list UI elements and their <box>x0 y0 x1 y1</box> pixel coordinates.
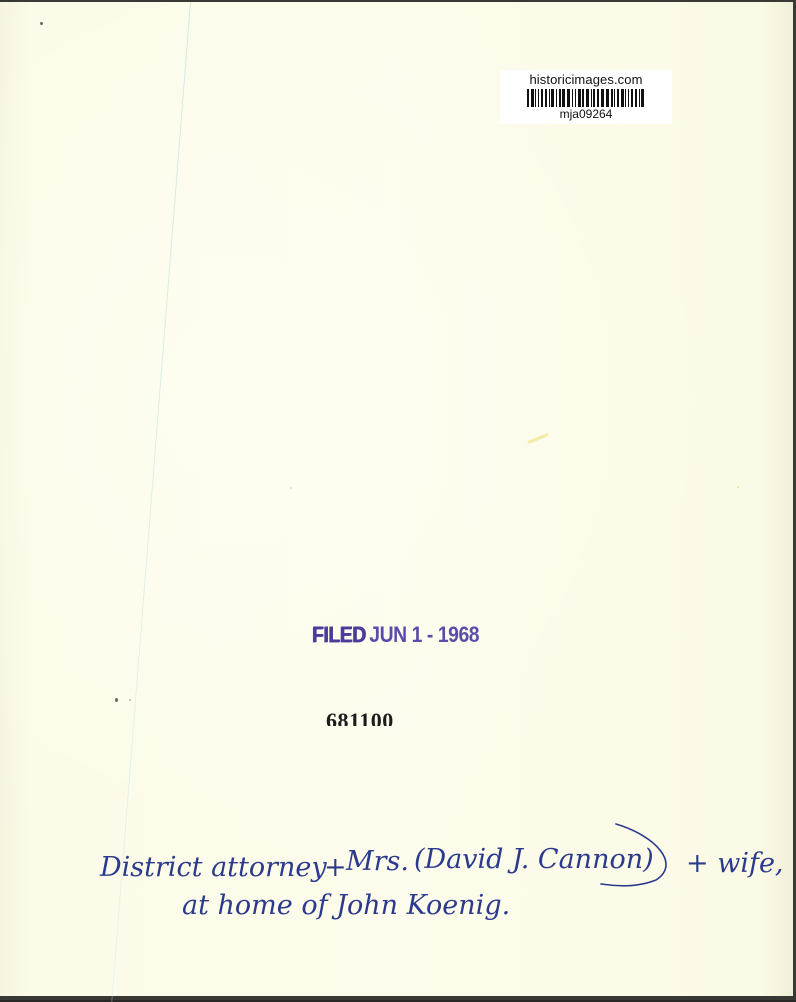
dust-speck <box>737 486 739 488</box>
sticker-id-text: mja09264 <box>500 108 672 121</box>
dust-speck <box>290 487 292 489</box>
barcode-icon <box>527 89 645 107</box>
dust-speck <box>40 22 43 25</box>
handwritten-caption: District attorney + Mrs. (David J. Canno… <box>96 814 796 944</box>
barcode-sticker: historicimages.com mja09264 <box>500 70 672 124</box>
sticker-site-text: historicimages.com <box>500 70 672 87</box>
caption-name: (David J. Cannon) <box>414 844 654 875</box>
caption-amp: + <box>324 852 347 883</box>
caption-mrs: Mrs. <box>345 846 409 877</box>
caption-line2: at home of John Koenig. <box>182 890 510 921</box>
caption-wife: + wife, <box>686 848 784 879</box>
dust-speck <box>129 699 131 701</box>
yellow-mark <box>527 433 549 444</box>
caption-svg: District attorney + Mrs. (David J. Canno… <box>96 814 796 944</box>
filed-date-stamp: FILEDJUN 1 - 1968 <box>312 622 479 648</box>
photo-back-sheet: historicimages.com mja09264 FILEDJUN 1 -… <box>0 0 796 1000</box>
caption-part1: District attorney <box>99 852 327 883</box>
print-number: 681100 <box>326 706 394 726</box>
stamp-date: JUN 1 - 1968 <box>369 622 479 647</box>
dust-speck <box>115 698 118 702</box>
stamp-label: FILED <box>312 622 366 647</box>
